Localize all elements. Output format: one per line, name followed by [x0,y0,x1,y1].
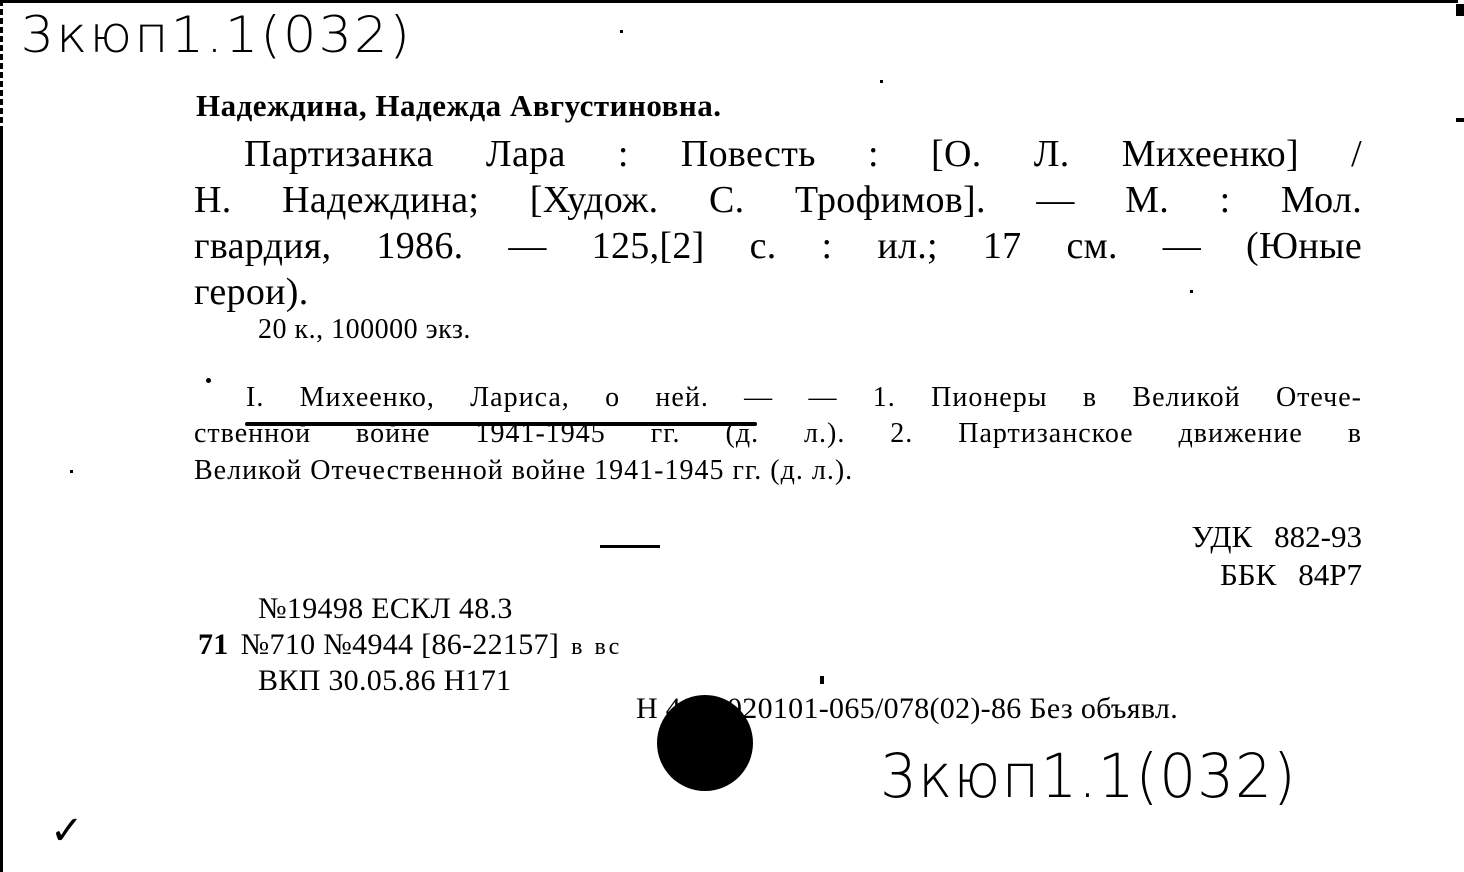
description-line: Партизанка Лара : Повесть : [О. Л. Михее… [244,132,1362,176]
bbk-row: ББК84Р7 [1192,556,1362,594]
tech-line-2: 71№710 №4944 [86-22157]в вс [198,628,622,662]
bbk-label: ББК [1220,556,1276,594]
description-line: гвардия, 1986. — 125,[2] с. : ил.; 17 см… [194,224,1362,268]
description-line: герои). [194,270,1362,314]
subject-line: ственной войне 1941-1945 гг. (д. л.). 2.… [194,418,1362,450]
classification-codes: УДК882-93 ББК84Р7 [1192,518,1362,594]
tech-line-2-number: 71 [198,628,229,661]
scan-speck [880,80,883,83]
price-print-run: 20 к., 100000 экз. [258,314,471,346]
scan-speck [600,545,660,548]
udk-value: 882-93 [1274,519,1362,554]
scan-speck [620,30,623,33]
scan-edge-mark [1456,4,1464,16]
udk-label: УДК [1192,518,1253,556]
scan-speck [206,378,211,383]
handwritten-shelf-mark-top: 3кюп1.1(032) [21,6,412,64]
check-mark-icon: ✓ [50,808,84,854]
card-top-border [0,0,1458,3]
tech-line-2-suffix: в вс [571,634,622,660]
card-left-border [0,0,3,872]
udk-row: УДК882-93 [1192,518,1362,556]
subject-line: I. Михеенко, Лариса, о ней. — — 1. Пионе… [246,382,1362,414]
bbk-value: 84Р7 [1298,557,1362,592]
subject-line: Великой Отечественной войне 1941-1945 гг… [194,455,1362,487]
scan-speck [70,470,73,473]
scan-edge-mark [1456,118,1464,122]
author-heading: Надеждина, Надежда Августиновна. [196,88,721,124]
handwritten-shelf-mark-bottom: 3кюп1.1(032) [880,740,1297,811]
tech-line-3: ВКП 30.05.86 Н171 [258,664,511,698]
tech-line-2-main: №710 №4944 [86-22157] [241,628,560,661]
scan-speck [820,676,824,684]
punch-hole [657,695,753,791]
description-line: Н. Надеждина; [Худож. С. Трофимов]. — М.… [194,178,1362,222]
card-left-border-dashed [0,0,3,130]
catalog-card: 3кюп1.1(032) Надеждина, Надежда Августин… [0,0,1464,872]
scan-speck [1190,290,1193,293]
tech-line-1: №19498 ЕСКЛ 48.3 [258,592,513,626]
